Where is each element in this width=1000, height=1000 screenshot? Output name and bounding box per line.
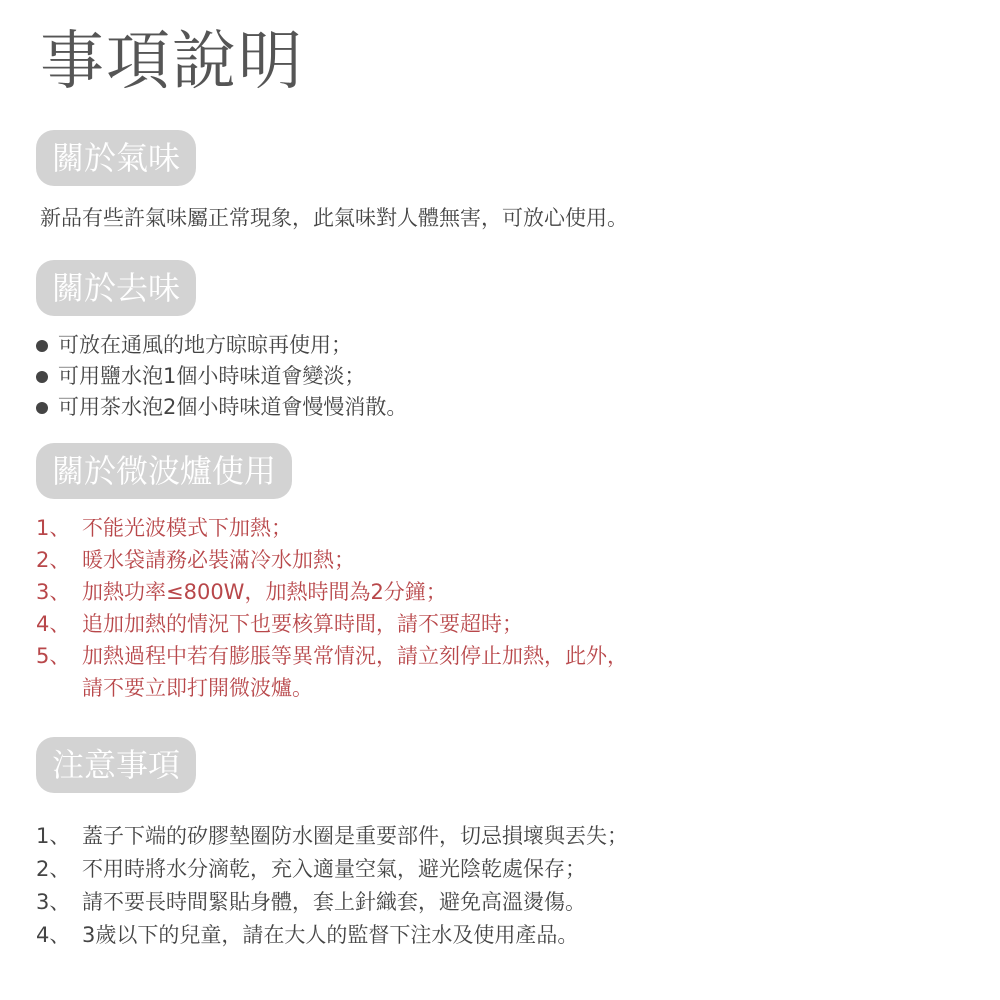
section-heading-microwave: 關於微波爐使用 — [36, 443, 292, 499]
list-item: 3、加熱功率≤800W，加熱時間為2分鐘； — [36, 576, 628, 608]
list-item: 4、追加加熱的情況下也要核算時間，請不要超時； — [36, 608, 628, 640]
notes-list: 1、蓋子下端的矽膠墊圈防水圈是重要部件，切忌損壞與丟失； 2、不用時將水分滴乾，… — [36, 820, 628, 952]
section-heading-notes: 注意事項 — [36, 737, 196, 793]
list-item: 4、3歲以下的兒童，請在大人的監督下注水及使用產品。 — [36, 919, 628, 952]
list-item: 1、蓋子下端的矽膠墊圈防水圈是重要部件，切忌損壞與丟失； — [36, 820, 628, 853]
list-item: 3、請不要長時間緊貼身體，套上針織套，避免高溫燙傷。 — [36, 886, 628, 919]
list-item: 1、不能光波模式下加熱； — [36, 512, 628, 544]
odor-description: 新品有些許氣味屬正常現象，此氣味對人體無害，可放心使用。 — [40, 203, 628, 233]
bullet-icon — [36, 402, 48, 414]
list-item: 2、暖水袋請務必裝滿冷水加熱； — [36, 544, 628, 576]
bullet-icon — [36, 340, 48, 352]
bullet-icon — [36, 371, 48, 383]
page-title: 事項說明 — [40, 22, 304, 102]
list-item-continuation: 請不要立即打開微波爐。 — [36, 672, 628, 704]
list-item: 可放在通風的地方晾晾再使用； — [36, 330, 407, 361]
section-heading-deodorize: 關於去味 — [36, 260, 196, 316]
list-item: 可用茶水泡2個小時味道會慢慢消散。 — [36, 392, 407, 423]
list-item: 可用鹽水泡1個小時味道會變淡； — [36, 361, 407, 392]
list-item: 2、不用時將水分滴乾，充入適量空氣，避光陰乾處保存； — [36, 853, 628, 886]
list-item: 5、加熱過程中若有膨脹等異常情況，請立刻停止加熱，此外， — [36, 640, 628, 672]
deodorize-list: 可放在通風的地方晾晾再使用； 可用鹽水泡1個小時味道會變淡； 可用茶水泡2個小時… — [36, 330, 407, 423]
section-heading-odor: 關於氣味 — [36, 130, 196, 186]
microwave-list: 1、不能光波模式下加熱； 2、暖水袋請務必裝滿冷水加熱； 3、加熱功率≤800W… — [36, 512, 628, 704]
